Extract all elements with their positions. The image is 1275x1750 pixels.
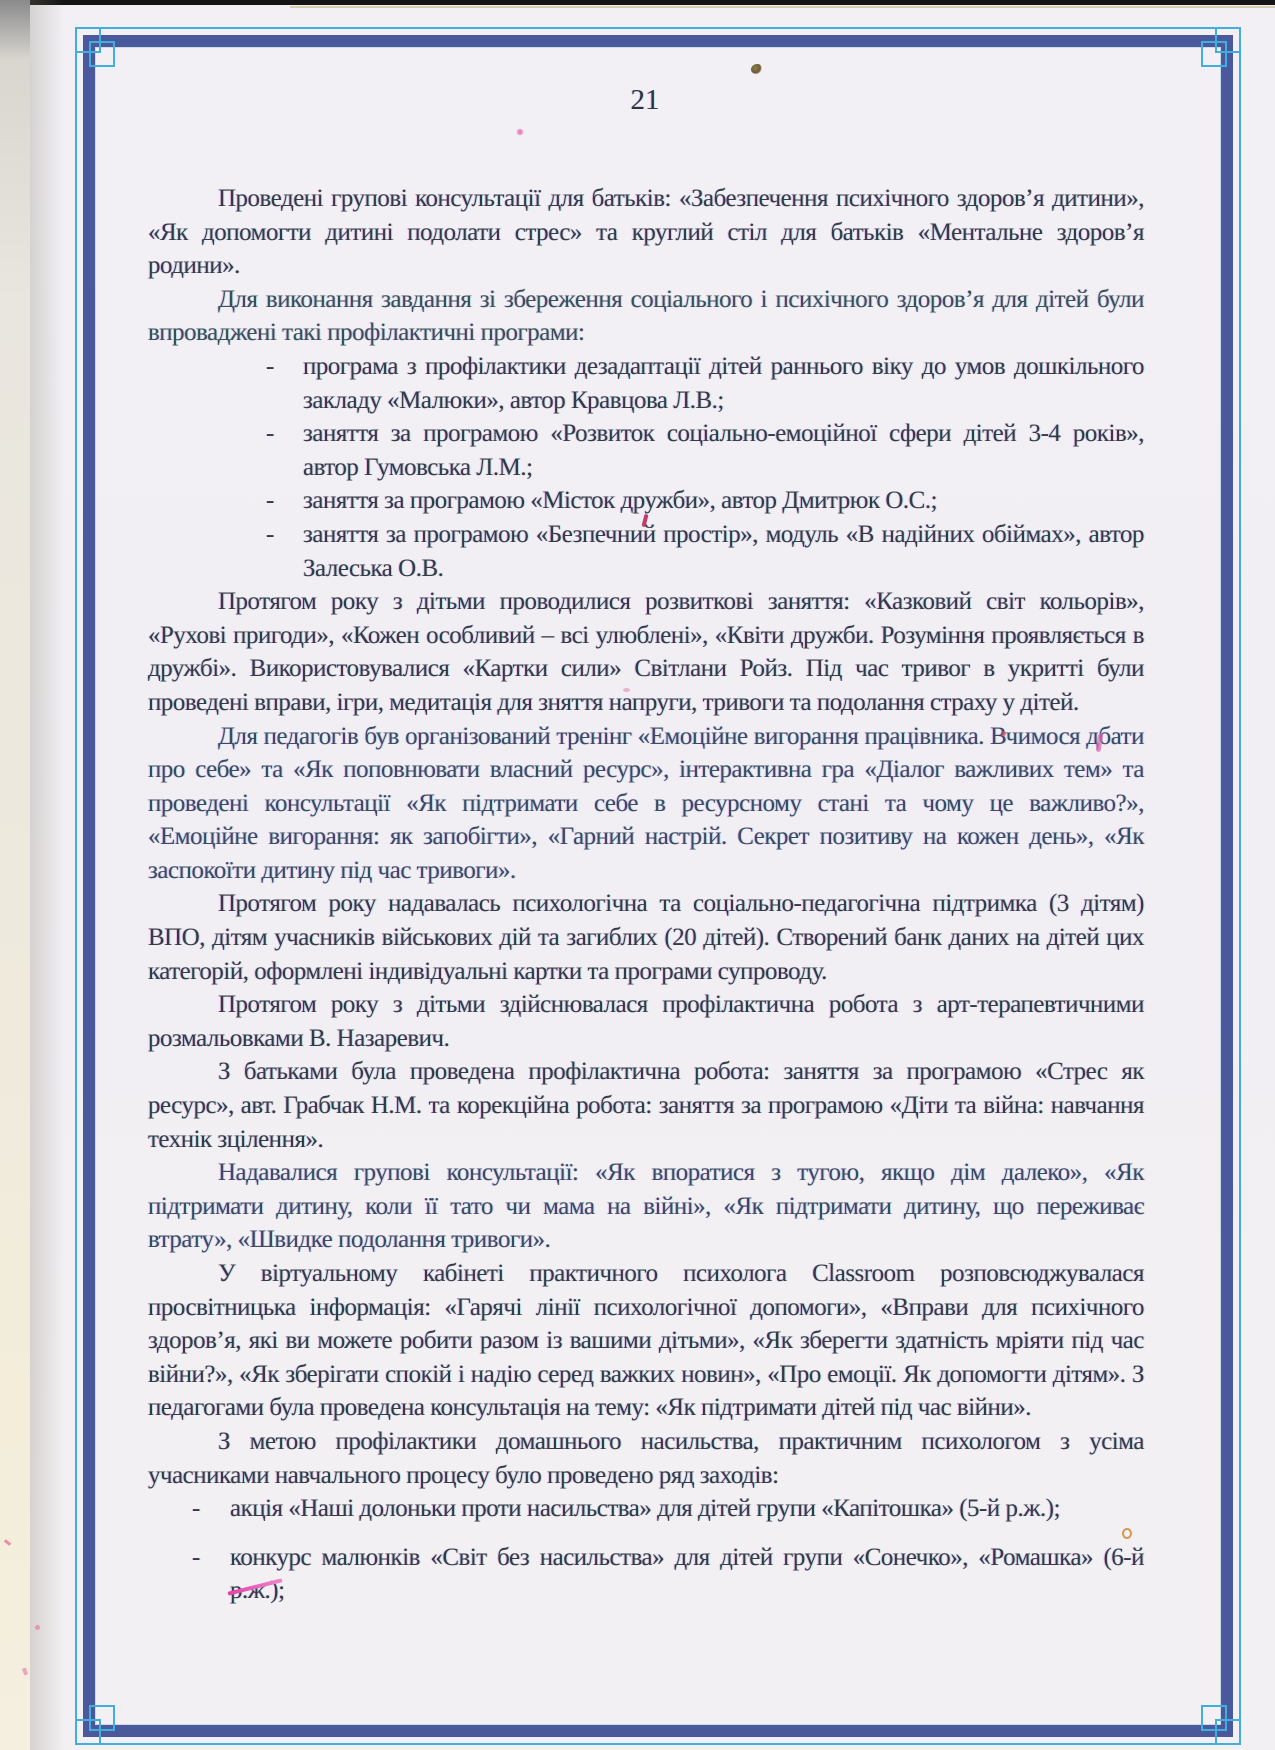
pink-smudge bbox=[623, 688, 630, 692]
bullet-dash: - bbox=[266, 484, 286, 518]
paragraph: Для виконання завдання зі збереження соц… bbox=[148, 283, 1144, 350]
border-corner-ornament bbox=[1201, 41, 1227, 67]
paragraph: Протягом року з дітьми здійснювалася про… bbox=[148, 988, 1144, 1055]
border-corner-ornament bbox=[89, 1705, 115, 1731]
paragraph: Протягом року надавалась психологічна та… bbox=[148, 887, 1144, 988]
paragraph: Для педагогів був організований тренінг … bbox=[148, 720, 1144, 888]
list-item: - заняття за програмою «Безпечний прості… bbox=[303, 518, 1144, 585]
edge-ink-speck bbox=[35, 1625, 40, 1630]
paper-left-edge bbox=[0, 0, 30, 1750]
bullet-dash: - bbox=[192, 1541, 212, 1575]
document-text-block: Проведені групові консультації для батьк… bbox=[148, 182, 1144, 1608]
list-item-text: заняття за програмою «Розвиток соціально… bbox=[303, 420, 1144, 481]
paragraph: З батьками була проведена профілактична … bbox=[148, 1055, 1144, 1156]
list-item-text: акція «Наші долоньки проти насильства» д… bbox=[230, 1495, 1060, 1522]
paragraph: З метою профілактики домашнього насильст… bbox=[148, 1425, 1144, 1492]
list-item: - програма з профілактики дезадаптації д… bbox=[303, 350, 1144, 417]
list-item-text: конкурс малюнків «Світ без насильства» д… bbox=[230, 1544, 1144, 1605]
list-item-text: заняття за програмою «Місток дружби», ав… bbox=[303, 487, 937, 514]
paper-left-edge-shadow bbox=[30, 0, 64, 1750]
red-ink-dot bbox=[1001, 731, 1006, 736]
paragraph: Надавалися групові консультації: «Як впо… bbox=[148, 1156, 1144, 1257]
paragraph: Проведені групові консультації для батьк… bbox=[148, 182, 1144, 283]
list-item-text: заняття за програмою «Безпечний простір»… bbox=[303, 521, 1144, 582]
bullet-dash: - bbox=[266, 350, 286, 384]
list-item: - заняття за програмою «Розвиток соціаль… bbox=[303, 417, 1144, 484]
paragraph: Протягом року з дітьми проводилися розви… bbox=[148, 585, 1144, 719]
border-corner-ornament bbox=[1201, 1705, 1227, 1731]
list-item-text: програма з профілактики дезадаптації діт… bbox=[303, 353, 1144, 414]
list-item: - конкурс малюнків «Світ без насильства»… bbox=[230, 1541, 1144, 1608]
scanned-report-page: 21 Проведені групові консультації для ба… bbox=[0, 0, 1275, 1750]
page-number: 21 bbox=[595, 84, 695, 117]
list-item: - заняття за програмою «Місток дружби», … bbox=[303, 484, 1144, 518]
paper-top-edge bbox=[290, 6, 1275, 8]
bullet-dash: - bbox=[266, 518, 286, 552]
pink-ink-dot bbox=[517, 129, 523, 135]
scanner-bed-edge bbox=[0, 0, 1275, 5]
list-item: - акція «Наші долоньки проти насильства»… bbox=[230, 1492, 1144, 1526]
orange-ink-ring bbox=[1122, 1528, 1132, 1539]
border-corner-ornament bbox=[89, 41, 115, 67]
bullet-dash: - bbox=[192, 1492, 212, 1526]
bullet-dash: - bbox=[266, 417, 286, 451]
paragraph: У віртуальному кабінеті практичного псих… bbox=[148, 1257, 1144, 1425]
